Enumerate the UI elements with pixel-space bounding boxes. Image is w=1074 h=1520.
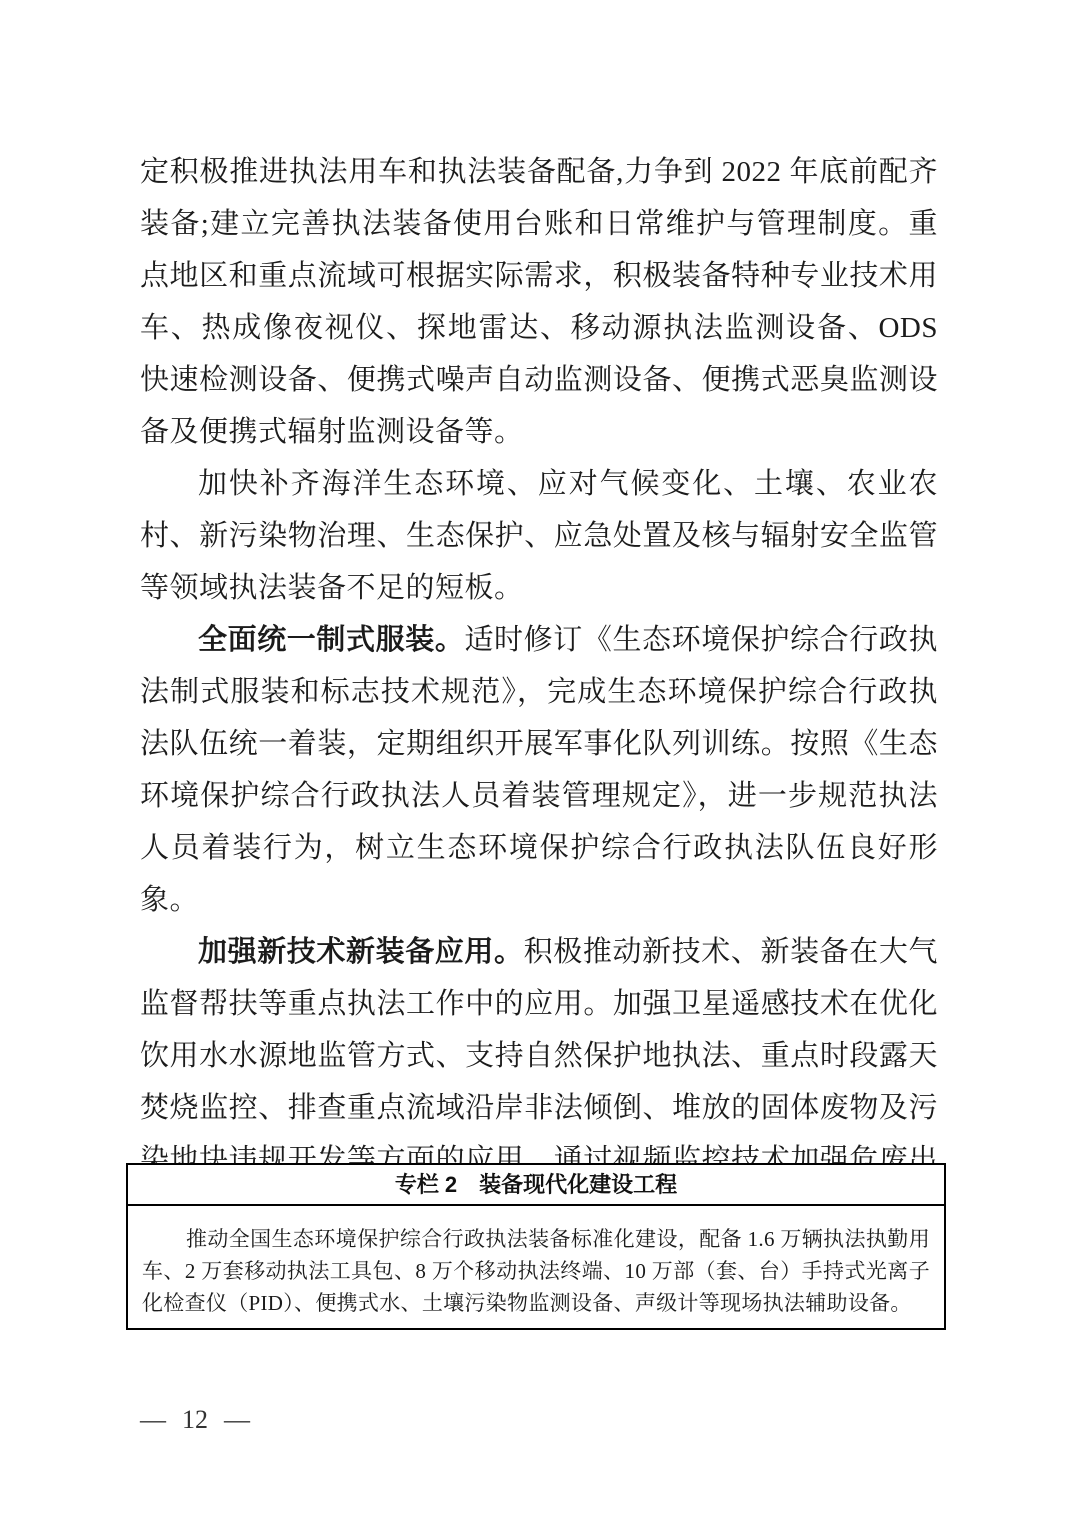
paragraph: 加快补齐海洋生态环境、应对气候变化、土壤、农业农村、新污染物治理、生态保护、应急… xyxy=(140,458,938,614)
footer-left-dash: — xyxy=(140,1402,166,1438)
page-number: 12 xyxy=(182,1402,208,1438)
body-text: 定积极推进执法用车和执法装备配备,力争到 2022 年底前配齐装备;建立完善执法… xyxy=(140,146,938,1290)
callout-text: 推动全国生态环境保护综合行政执法装备标准化建设，配备 1.6 万辆执法执勤用车、… xyxy=(142,1223,930,1319)
document-page: 定积极推进执法用车和执法装备配备,力争到 2022 年底前配齐装备;建立完善执法… xyxy=(0,0,1074,1520)
paragraph: 定积极推进执法用车和执法装备配备,力争到 2022 年底前配齐装备;建立完善执法… xyxy=(140,146,938,458)
callout-body: 推动全国生态环境保护综合行政执法装备标准化建设，配备 1.6 万辆执法执勤用车、… xyxy=(128,1206,944,1328)
callout-title: 专栏 2 装备现代化建设工程 xyxy=(128,1165,944,1206)
paragraph-lead: 全面统一制式服装。 xyxy=(198,624,464,656)
callout-box-zhuanlan-2: 专栏 2 装备现代化建设工程 推动全国生态环境保护综合行政执法装备标准化建设，配… xyxy=(126,1163,946,1330)
paragraph-lead: 加强新技术新装备应用。 xyxy=(198,936,524,968)
paragraph: 全面统一制式服装。适时修订《生态环境保护综合行政执法制式服装和标志技术规范》，完… xyxy=(140,614,938,926)
footer-right-dash: — xyxy=(224,1402,250,1438)
page-footer: — 12 — xyxy=(140,1402,250,1438)
